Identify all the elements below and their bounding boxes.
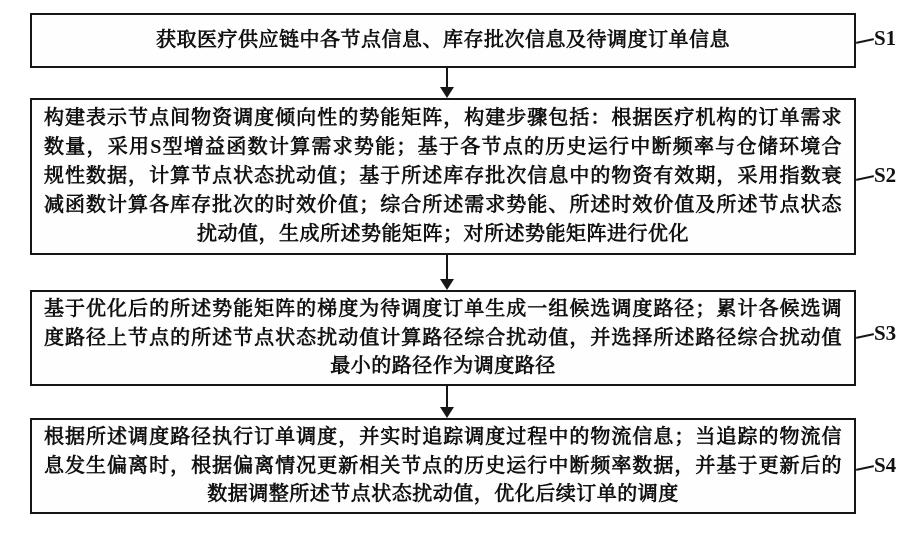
step-label-s3-connector bbox=[856, 333, 874, 339]
step-label-s3: S3 bbox=[874, 321, 920, 346]
arrow-head-down-icon bbox=[440, 407, 454, 418]
step-s3-line-3: 最小的路径作为调度路径 bbox=[44, 352, 842, 381]
flow-arrow-s2-s3 bbox=[440, 255, 454, 290]
step-box-s3: 基于优化后的所述势能矩阵的梯度为待调度订单生成一组候选调度路径；累计各候选调 度… bbox=[30, 290, 856, 386]
step-box-s2: 构建表示节点间物资调度倾向性的势能矩阵，构建步骤包括：根据医疗机构的订单需求 数… bbox=[30, 98, 856, 255]
step-s2-line-3: 规性数据，计算节点状态扰动值；基于所述库存批次信息中的物资有效期，采用指数衰 bbox=[44, 162, 842, 191]
flow-arrow-s3-s4 bbox=[440, 386, 454, 418]
step-s2-line-4: 减函数计算各库存批次的时效价值；综合所述需求势能、所述时效价值及所述节点状态 bbox=[44, 191, 842, 220]
step-label-s4-connector bbox=[856, 465, 874, 471]
arrow-head-down-icon bbox=[440, 87, 454, 98]
step-s1-text: 获取医疗供应链中各节点信息、库存批次信息及待调度订单信息 bbox=[44, 26, 842, 55]
step-s3-line-2: 度路径上节点的所述节点状态扰动值计算路径综合扰动值，并选择所述路径综合扰动值 bbox=[44, 324, 842, 353]
step-s3-line-1: 基于优化后的所述势能矩阵的梯度为待调度订单生成一组候选调度路径；累计各候选调 bbox=[44, 295, 842, 324]
step-s4-line-1: 根据所述调度路径执行订单调度，并实时追踪调度过程中的物流信息；当追踪的物流信 bbox=[44, 423, 842, 452]
step-s4-line-2: 息发生偏离时，根据偏离情况更新相关节点的历史运行中断频率数据，并基于更新后的 bbox=[44, 452, 842, 481]
patent-flowchart: 获取医疗供应链中各节点信息、库存批次信息及待调度订单信息 构建表示节点间物资调度… bbox=[0, 0, 923, 547]
arrow-head-down-icon bbox=[440, 279, 454, 290]
step-box-s4: 根据所述调度路径执行订单调度，并实时追踪调度过程中的物流信息；当追踪的物流信 息… bbox=[30, 418, 856, 514]
step-label-s1-connector bbox=[856, 38, 874, 44]
arrow-line bbox=[446, 386, 448, 408]
step-box-s1: 获取医疗供应链中各节点信息、库存批次信息及待调度订单信息 bbox=[30, 13, 856, 68]
step-s4-line-3: 数据调整所述节点状态扰动值，优化后续订单的调度 bbox=[44, 480, 842, 509]
step-label-s1: S1 bbox=[874, 26, 920, 51]
step-s2-line-2: 数量，采用S型增益函数计算需求势能；基于各节点的历史运行中断频率与仓储环境合 bbox=[44, 133, 842, 162]
flow-arrow-s1-s2 bbox=[440, 68, 454, 98]
step-label-s2-connector bbox=[856, 175, 874, 181]
arrow-line bbox=[446, 68, 448, 88]
step-s2-line-1: 构建表示节点间物资调度倾向性的势能矩阵，构建步骤包括：根据医疗机构的订单需求 bbox=[44, 104, 842, 133]
step-label-s4: S4 bbox=[874, 453, 920, 478]
arrow-line bbox=[446, 255, 448, 280]
step-label-s2: S2 bbox=[874, 163, 920, 188]
step-s2-line-5: 扰动值，生成所述势能矩阵；对所述势能矩阵进行优化 bbox=[44, 220, 842, 249]
